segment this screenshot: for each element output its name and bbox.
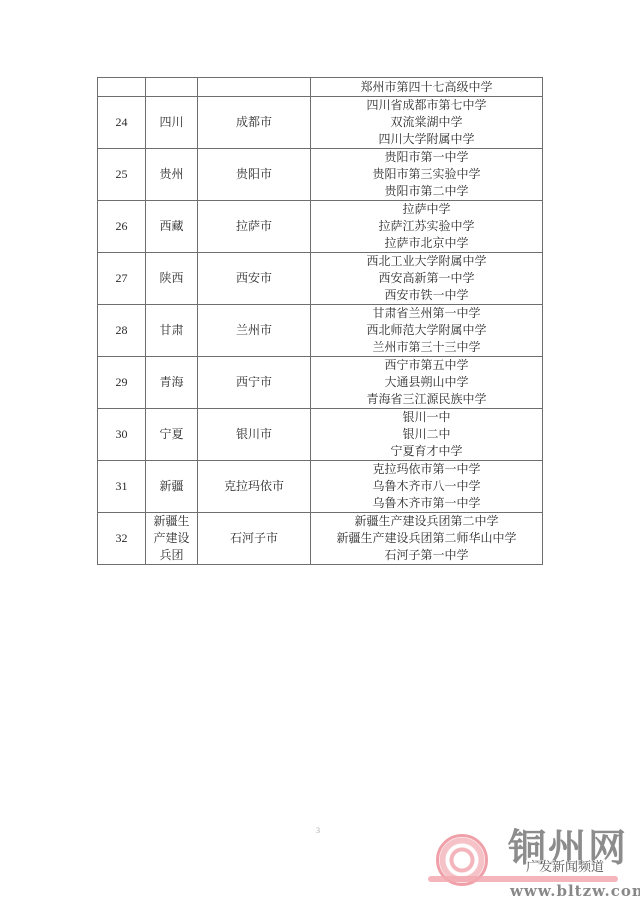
school-name: 西宁市第五中学	[311, 357, 542, 374]
cell-city: 西宁市	[198, 357, 311, 409]
cell-city: 克拉玛依市	[198, 461, 311, 513]
cell-num: 29	[98, 357, 146, 409]
school-name: 宁夏育才中学	[311, 443, 542, 460]
school-name: 拉萨市北京中学	[311, 235, 542, 252]
cell-province: 贵州	[146, 149, 198, 201]
watermark-url: www.bltzw.com	[510, 882, 640, 900]
cell-city: 银川市	[198, 409, 311, 461]
cell-schools: 西北工业大学附属中学 西安高新第一中学 西安市铁一中学	[311, 253, 543, 305]
watermark-subtitle: 广发新闻频道	[526, 860, 604, 875]
document-page: 郑州市第四十七高级中学 24 四川 成都市 四川省成都市第七中学 双流棠湖中学 …	[0, 0, 640, 903]
cell-schools: 克拉玛依市第一中学 乌鲁木齐市八一中学 乌鲁木齐市第一中学	[311, 461, 543, 513]
table-row: 25 贵州 贵阳市 贵阳市第一中学 贵阳市第三实验中学 贵阳市第二中学	[98, 149, 543, 201]
cell-province	[146, 78, 198, 97]
cell-schools: 四川省成都市第七中学 双流棠湖中学 四川大学附属中学	[311, 97, 543, 149]
cell-city: 兰州市	[198, 305, 311, 357]
table-row: 24 四川 成都市 四川省成都市第七中学 双流棠湖中学 四川大学附属中学	[98, 97, 543, 149]
school-name: 西安高新第一中学	[311, 270, 542, 287]
cell-schools: 银川一中 银川二中 宁夏育才中学	[311, 409, 543, 461]
school-name: 四川省成都市第七中学	[311, 97, 542, 114]
cell-city: 贵阳市	[198, 149, 311, 201]
cell-province: 甘肃	[146, 305, 198, 357]
cell-province: 新疆	[146, 461, 198, 513]
cell-city: 石河子市	[198, 513, 311, 565]
school-name: 乌鲁木齐市第一中学	[311, 495, 542, 512]
table-row: 26 西藏 拉萨市 拉萨中学 拉萨江苏实验中学 拉萨市北京中学	[98, 201, 543, 253]
schools-table: 郑州市第四十七高级中学 24 四川 成都市 四川省成都市第七中学 双流棠湖中学 …	[97, 77, 543, 565]
cell-province: 新疆生 产建设 兵团	[146, 513, 198, 565]
school-name: 西北师范大学附属中学	[311, 322, 542, 339]
school-name: 西安市铁一中学	[311, 287, 542, 304]
school-name: 兰州市第三十三中学	[311, 339, 542, 356]
table-row: 28 甘肃 兰州市 甘肃省兰州第一中学 西北师范大学附属中学 兰州市第三十三中学	[98, 305, 543, 357]
table-row: 31 新疆 克拉玛依市 克拉玛依市第一中学 乌鲁木齐市八一中学 乌鲁木齐市第一中…	[98, 461, 543, 513]
province-line: 产建设	[146, 530, 197, 547]
cell-num: 26	[98, 201, 146, 253]
cell-city	[198, 78, 311, 97]
cell-city: 西安市	[198, 253, 311, 305]
table-row: 30 宁夏 银川市 银川一中 银川二中 宁夏育才中学	[98, 409, 543, 461]
school-name: 甘肃省兰州第一中学	[311, 305, 542, 322]
school-name: 新疆生产建设兵团第二师华山中学	[311, 530, 542, 547]
cell-province: 四川	[146, 97, 198, 149]
cell-num: 24	[98, 97, 146, 149]
school-name: 郑州市第四十七高级中学	[311, 79, 542, 96]
school-name: 西北工业大学附属中学	[311, 253, 542, 270]
school-name: 贵阳市第二中学	[311, 183, 542, 200]
cell-schools: 拉萨中学 拉萨江苏实验中学 拉萨市北京中学	[311, 201, 543, 253]
school-name: 贵阳市第一中学	[311, 149, 542, 166]
table-row: 32 新疆生 产建设 兵团 石河子市 新疆生产建设兵团第二中学 新疆生产建设兵团…	[98, 513, 543, 565]
cell-schools: 甘肃省兰州第一中学 西北师范大学附属中学 兰州市第三十三中学	[311, 305, 543, 357]
school-name: 大通县朔山中学	[311, 374, 542, 391]
cell-city: 拉萨市	[198, 201, 311, 253]
school-name: 乌鲁木齐市八一中学	[311, 478, 542, 495]
cell-schools: 新疆生产建设兵团第二中学 新疆生产建设兵团第二师华山中学 石河子第一中学	[311, 513, 543, 565]
cell-city: 成都市	[198, 97, 311, 149]
school-name: 双流棠湖中学	[311, 114, 542, 131]
cell-schools: 贵阳市第一中学 贵阳市第三实验中学 贵阳市第二中学	[311, 149, 543, 201]
school-name: 青海省三江源民族中学	[311, 391, 542, 408]
school-name: 石河子第一中学	[311, 547, 542, 564]
cell-num	[98, 78, 146, 97]
cell-num: 32	[98, 513, 146, 565]
cell-province: 西藏	[146, 201, 198, 253]
table-row: 27 陕西 西安市 西北工业大学附属中学 西安高新第一中学 西安市铁一中学	[98, 253, 543, 305]
school-name: 银川二中	[311, 426, 542, 443]
cell-province: 陕西	[146, 253, 198, 305]
table-row-continuation: 郑州市第四十七高级中学	[98, 78, 543, 97]
school-name: 拉萨中学	[311, 201, 542, 218]
cell-num: 27	[98, 253, 146, 305]
province-line: 新疆生	[146, 513, 197, 530]
cell-num: 28	[98, 305, 146, 357]
school-name: 银川一中	[311, 409, 542, 426]
table-row: 29 青海 西宁市 西宁市第五中学 大通县朔山中学 青海省三江源民族中学	[98, 357, 543, 409]
school-name: 拉萨江苏实验中学	[311, 218, 542, 235]
page-number: 3	[316, 826, 320, 835]
cell-province: 宁夏	[146, 409, 198, 461]
watermark: 铜州网 广发新闻频道 www.bltzw.com	[428, 826, 640, 903]
province-line: 兵团	[146, 547, 197, 564]
cell-schools: 郑州市第四十七高级中学	[311, 78, 543, 97]
school-name: 克拉玛依市第一中学	[311, 461, 542, 478]
school-name: 新疆生产建设兵团第二中学	[311, 513, 542, 530]
cell-num: 25	[98, 149, 146, 201]
cell-num: 31	[98, 461, 146, 513]
cell-num: 30	[98, 409, 146, 461]
school-name: 贵阳市第三实验中学	[311, 166, 542, 183]
school-name: 四川大学附属中学	[311, 131, 542, 148]
cell-schools: 西宁市第五中学 大通县朔山中学 青海省三江源民族中学	[311, 357, 543, 409]
cell-province: 青海	[146, 357, 198, 409]
